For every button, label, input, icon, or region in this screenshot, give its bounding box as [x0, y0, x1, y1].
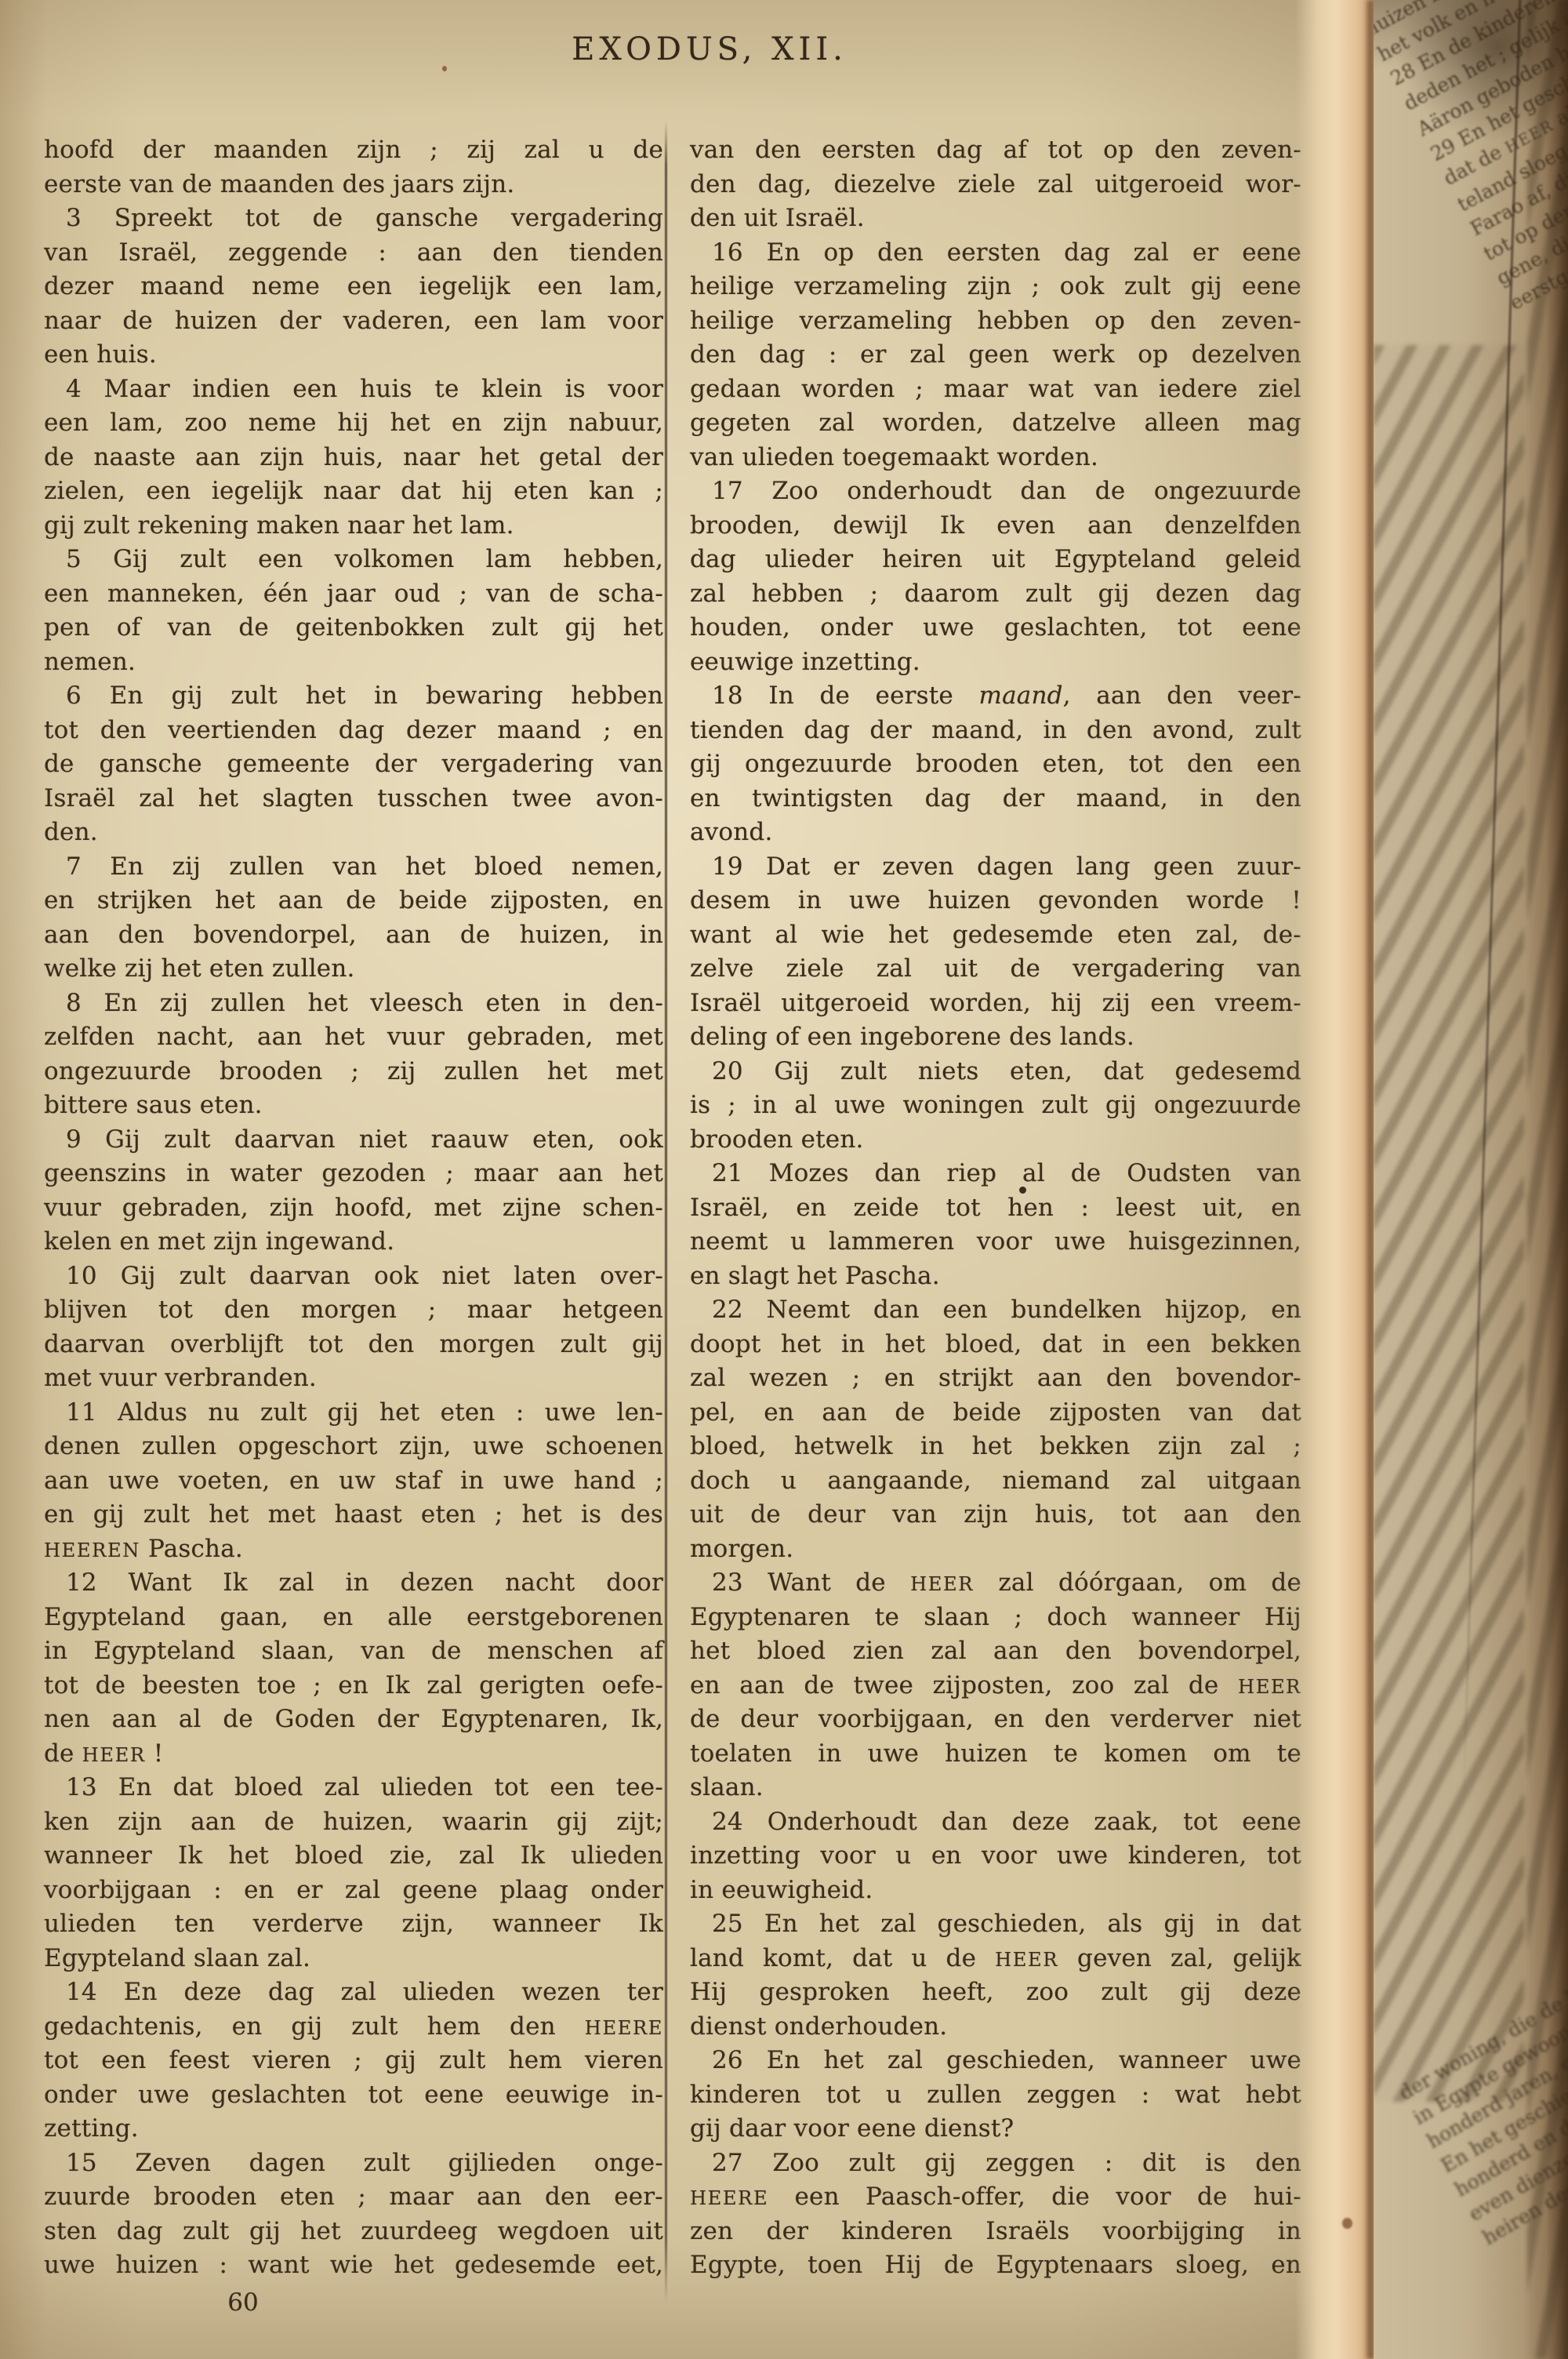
text-line: van ulieden toegemaakt worden. [690, 441, 1301, 475]
column-divider-rule [665, 122, 667, 2302]
text-line: Hij gesproken heeft, zoo zult gij deze [690, 1976, 1301, 2010]
text-line: 11 Aldus nu zult gij het eten : uwe len- [44, 1396, 663, 1430]
text-line: HEEREN Pascha. [44, 1532, 663, 1567]
verse: hoofd der maanden zijn ; zij zal u deeer… [44, 133, 663, 202]
text-line: de gansche gemeente der vergadering van [44, 747, 663, 782]
text-line: welke zij het eten zullen. [44, 952, 663, 987]
text-line: ulieden ten verderve zijn, wanneer Ik [44, 1907, 663, 1942]
text-line: 3 Spreekt tot de gansche vergadering [44, 202, 663, 236]
text-line: 13 En dat bloed zal ulieden tot een tee- [44, 1771, 663, 1805]
text-line: eerste van de maanden des jaars zijn. [44, 168, 663, 202]
verse: 26 En het zal geschieden, wanneer uwekin… [690, 2044, 1301, 2146]
text-line: blijven tot den morgen ; maar hetgeen [44, 1293, 663, 1328]
text-line: is ; in al uwe woningen zult gij ongezuu… [690, 1089, 1301, 1123]
text-line: 7 En zij zullen van het bloed nemen, [44, 850, 663, 885]
text-line: de deur voorbijgaan, en den verderver ni… [690, 1703, 1301, 1737]
text-line: den uit Israël. [690, 202, 1301, 236]
text-line: avond. [690, 816, 1301, 850]
verse: 6 En gij zult het in bewaring hebbentot … [44, 679, 663, 850]
verse: 25 En het zal geschieden, als gij in dat… [690, 1907, 1301, 2044]
text-line: en slagt het Pascha. [690, 1259, 1301, 1294]
text-line: gegeten zal worden, datzelve alleen mag [690, 406, 1301, 441]
text-line: land komt, dat u de HEER geven zal, geli… [690, 1942, 1301, 1976]
text-line: tot de beesten toe ; en Ik zal gerigten … [44, 1669, 663, 1703]
top-edge-shadow [1374, 0, 1568, 71]
text-line: 19 Dat er zeven dagen lang geen zuur- [690, 850, 1301, 885]
ink-speck [1019, 1187, 1026, 1194]
text-line: in eeuwigheid. [690, 1874, 1301, 1908]
text-line: HEERE een Paasch-offer, die voor de hui- [690, 2180, 1301, 2215]
verse: 19 Dat er zeven dagen lang geen zuur-des… [690, 850, 1301, 1055]
text-line: Israël uitgeroeid worden, hij zij een vr… [690, 987, 1301, 1021]
text-line: deling of een ingeborene des lands. [690, 1020, 1301, 1055]
text-line: Israël, en zeide tot hen : leest uit, en [690, 1191, 1301, 1226]
text-line: kelen en met zijn ingewand. [44, 1225, 663, 1259]
text-line: ken zijn aan de huizen, waarin gij zijt; [44, 1805, 663, 1840]
verse: 20 Gij zult niets eten, dat gedesemdis ;… [690, 1055, 1301, 1158]
verse: 9 Gij zult daarvan niet raauw eten, ookg… [44, 1123, 663, 1259]
text-line: onder uwe geslachten tot eene eeuwige in… [44, 2078, 663, 2113]
text-line: dezer maand neme een iegelijk een lam, [44, 270, 663, 304]
text-line: en twintigsten dag der maand, in den [690, 782, 1301, 816]
text-line: 16 En op den eersten dag zal er eene [690, 236, 1301, 271]
text-line: 21 Mozes dan riep al de Oudsten van [690, 1157, 1301, 1191]
text-line: want al wie het gedesemde eten zal, de- [690, 918, 1301, 953]
text-line: zuurde brooden eten ; maar aan den eer- [44, 2180, 663, 2215]
text-line: 26 En het zal geschieden, wanneer uwe [690, 2044, 1301, 2078]
text-line: een manneken, één jaar oud ; van de scha… [44, 577, 663, 612]
right-text-column: van den eersten dag af tot op den zeven-… [690, 133, 1301, 2283]
verse: 14 En deze dag zal ulieden wezen tergeda… [44, 1976, 663, 2146]
text-line: tienden dag der maand, in den avond, zul… [690, 714, 1301, 748]
text-line: doch u aangaande, niemand zal uitgaan [690, 1464, 1301, 1499]
ink-speck [442, 66, 447, 71]
right-edge-shadow [1546, 0, 1568, 2359]
text-line: 22 Neemt dan een bundelken hijzop, en [690, 1293, 1301, 1328]
text-line: 24 Onderhoudt dan deze zaak, tot eene [690, 1805, 1301, 1840]
text-line: van den eersten dag af tot op den zeven- [690, 133, 1301, 168]
text-line: slaan. [690, 1771, 1301, 1805]
page-number: 60 [102, 2288, 384, 2317]
text-line: 14 En deze dag zal ulieden wezen ter [44, 1976, 663, 2010]
text-line: naar de huizen der vaderen, een lam voor [44, 304, 663, 339]
verse: 15 Zeven dagen zult gijlieden onge-zuurd… [44, 2146, 663, 2283]
text-line: bloed, hetwelk in het bekken zijn zal ; [690, 1430, 1301, 1464]
text-line: zelve ziele zal uit de vergadering van [690, 952, 1301, 987]
verse: 8 En zij zullen het vleesch eten in den-… [44, 987, 663, 1123]
text-line: wanneer Ik het bloed zie, zal Ik ulieden [44, 1839, 663, 1874]
text-line: heilige verzameling zijn ; ook zult gij … [690, 270, 1301, 304]
text-line: neemt u lammeren voor uwe huisgezinnen, [690, 1225, 1301, 1259]
verse: 17 Zoo onderhoudt dan de ongezuurdebrood… [690, 474, 1301, 679]
text-line: en strijken het aan de beide zijposten, … [44, 884, 663, 918]
verse: van den eersten dag af tot op den zeven-… [690, 133, 1301, 236]
text-line: uwe huizen : want wie het gedesemde eet, [44, 2248, 663, 2283]
text-line: Egyptenaren te slaan ; doch wanneer Hij [690, 1601, 1301, 1635]
text-line: hoofd der maanden zijn ; zij zal u de [44, 133, 663, 168]
text-line: brooden eten. [690, 1123, 1301, 1158]
text-line: zetting. [44, 2112, 663, 2146]
verse: 10 Gij zult daarvan ook niet laten over-… [44, 1259, 663, 1396]
verse: 23 Want de HEER zal dóórgaan, om deEgypt… [690, 1566, 1301, 1805]
text-line: dag ulieder heiren uit Egypteland geleid [690, 543, 1301, 577]
verse: 12 Want Ik zal in dezen nacht doorEgypte… [44, 1566, 663, 1771]
text-line: doopt het in het bloed, dat in een bekke… [690, 1328, 1301, 1362]
text-line: gij zult rekening maken naar het lam. [44, 509, 663, 543]
text-line: Egypteland slaan zal. [44, 1942, 663, 1976]
text-line: zal hebben ; daarom zult gij dezen dag [690, 577, 1301, 612]
text-line: dienst onderhouden. [690, 2010, 1301, 2045]
verse: 4 Maar indien een huis te klein is voore… [44, 373, 663, 543]
verse: 5 Gij zult een volkomen lam hebben,een m… [44, 543, 663, 679]
text-line: toelaten in uwe huizen te komen om te [690, 1737, 1301, 1772]
running-head: EXODUS, XII. [0, 31, 1419, 67]
text-line: 9 Gij zult daarvan niet raauw eten, ook [44, 1123, 663, 1158]
text-line: vuur gebraden, zijn hoofd, met zijne sch… [44, 1191, 663, 1226]
text-line: zelfden nacht, aan het vuur gebraden, me… [44, 1020, 663, 1055]
verse: 3 Spreekt tot de gansche vergaderingvan … [44, 202, 663, 373]
text-line: gedaan worden ; maar wat van iedere ziel [690, 373, 1301, 407]
text-line: van Israël, zeggende : aan den tienden [44, 236, 663, 271]
text-line: een huis. [44, 338, 663, 373]
left-text-column: hoofd der maanden zijn ; zij zal u deeer… [44, 133, 663, 2283]
text-line: en gij zult het met haast eten ; het is … [44, 1498, 663, 1532]
text-line: 4 Maar indien een huis te klein is voor [44, 373, 663, 407]
text-line: voorbijgaan : en er zal geene plaag onde… [44, 1874, 663, 1908]
text-line: 8 En zij zullen het vleesch eten in den- [44, 987, 663, 1021]
text-line: den dag : er zal geen werk op dezelven [690, 338, 1301, 373]
text-line: zielen, een iegelijk naar dat hij eten k… [44, 474, 663, 509]
verse: 22 Neemt dan een bundelken hijzop, endoo… [690, 1293, 1301, 1566]
text-line: inzetting voor u en voor uwe kinderen, t… [690, 1839, 1301, 1874]
text-line: Egypteland gaan, en alle eerstgeborenen [44, 1601, 663, 1635]
text-line: tot een feest vieren ; gij zult hem vier… [44, 2044, 663, 2078]
text-line: zal wezen ; en strijkt aan den bovendor- [690, 1361, 1301, 1396]
text-line: 23 Want de HEER zal dóórgaan, om de [690, 1566, 1301, 1601]
text-line: een lam, zoo neme hij het en zijn nabuur… [44, 406, 663, 441]
text-line: 17 Zoo onderhoudt dan de ongezuurde [690, 474, 1301, 509]
verse: 21 Mozes dan riep al de Oudsten vanIsraë… [690, 1157, 1301, 1293]
text-line: de naaste aan zijn huis, naar het getal … [44, 441, 663, 475]
text-line: houden, onder uwe geslachten, tot eene [690, 611, 1301, 645]
text-line: 15 Zeven dagen zult gijlieden onge- [44, 2146, 663, 2181]
text-line: gij daar voor eene dienst? [690, 2112, 1301, 2146]
text-line: 10 Gij zult daarvan ook niet laten over- [44, 1259, 663, 1294]
verse: 16 En op den eersten dag zal er eeneheil… [690, 236, 1301, 475]
text-line: ongezuurde brooden ; zij zullen het met [44, 1055, 663, 1089]
text-line: met vuur verbranden. [44, 1361, 663, 1396]
text-line: den. [44, 816, 663, 850]
text-line: pel, en aan de beide zijposten van dat [690, 1396, 1301, 1430]
text-line: aan uwe voeten, en uw staf in uwe hand ; [44, 1464, 663, 1499]
text-line: heilige verzameling hebben op den zeven- [690, 304, 1301, 339]
text-line: 20 Gij zult niets eten, dat gedesemd [690, 1055, 1301, 1089]
text-line: denen zullen opgeschort zijn, uwe schoen… [44, 1430, 663, 1464]
text-line: den dag, diezelve ziele zal uitgeroeid w… [690, 168, 1301, 202]
text-line: sten dag zult gij het zuurdeeg wegdoen u… [44, 2215, 663, 2249]
text-line: nemen. [44, 645, 663, 680]
verse: 11 Aldus nu zult gij het eten : uwe len-… [44, 1396, 663, 1567]
next-page-curl: huizen bevrijdde ! Toenhet volk en neigd… [1374, 0, 1568, 2359]
text-line: 12 Want Ik zal in dezen nacht door [44, 1566, 663, 1601]
text-line: gedachtenis, en gij zult hem den HEERE [44, 2010, 663, 2045]
text-line: kinderen tot u zullen zeggen : wat hebt [690, 2078, 1301, 2113]
verse: 24 Onderhoudt dan deze zaak, tot eeneinz… [690, 1805, 1301, 1908]
text-line: Egypte, toen Hij de Egyptenaars sloeg, e… [690, 2248, 1301, 2283]
text-line: 25 En het zal geschieden, als gij in dat [690, 1907, 1301, 1942]
text-line: Israël zal het slagten tusschen twee avo… [44, 782, 663, 816]
text-line: uit de deur van zijn huis, tot aan den [690, 1498, 1301, 1532]
text-line: aan den bovendorpel, aan de huizen, in [44, 918, 663, 953]
bible-page-scan: EXODUS, XII. hoofd der maanden zijn ; zi… [0, 0, 1568, 2359]
text-line: morgen. [690, 1532, 1301, 1567]
text-line: 27 Zoo zult gij zeggen : dit is den [690, 2146, 1301, 2181]
text-line: het bloed zien zal aan den bovendorpel, [690, 1634, 1301, 1669]
text-line: desem in uwe huizen gevonden worde ! [690, 884, 1301, 918]
verse: 18 In de eerste maand, aan den veer-tien… [690, 679, 1301, 850]
text-line: brooden, dewijl Ik even aan denzelfden [690, 509, 1301, 543]
text-line: pen of van de geitenbokken zult gij het [44, 611, 663, 645]
verse: 7 En zij zullen van het bloed nemen,en s… [44, 850, 663, 987]
text-line: 6 En gij zult het in bewaring hebben [44, 679, 663, 714]
verse: 13 En dat bloed zal ulieden tot een tee-… [44, 1771, 663, 1976]
text-line: gij ongezuurde brooden eten, tot den een [690, 747, 1301, 782]
text-line: 18 In de eerste maand, aan den veer- [690, 679, 1301, 714]
text-line: nen aan al de Goden der Egyptenaren, Ik, [44, 1703, 663, 1737]
text-line: zen der kinderen Israëls voorbijging in [690, 2215, 1301, 2249]
page-fore-edge [1295, 0, 1374, 2359]
text-line: 5 Gij zult een volkomen lam hebben, [44, 543, 663, 577]
text-line: bittere saus eten. [44, 1089, 663, 1123]
ink-speck [1342, 2218, 1352, 2229]
text-line: tot den veertienden dag dezer maand ; en [44, 714, 663, 748]
text-line: eeuwige inzetting. [690, 645, 1301, 680]
text-line: en aan de twee zijposten, zoo zal de HEE… [690, 1669, 1301, 1703]
text-line: daarvan overblijft tot den morgen zult g… [44, 1328, 663, 1362]
text-line: in Egypteland slaan, van de menschen af [44, 1634, 663, 1669]
text-line: de HEER ! [44, 1737, 663, 1772]
book-fore-edge-region: huizen bevrijdde ! Toenhet volk en neigd… [1295, 0, 1568, 2359]
text-line: geenszins in water gezoden ; maar aan he… [44, 1157, 663, 1191]
verse: 27 Zoo zult gij zeggen : dit is denHEERE… [690, 2146, 1301, 2283]
